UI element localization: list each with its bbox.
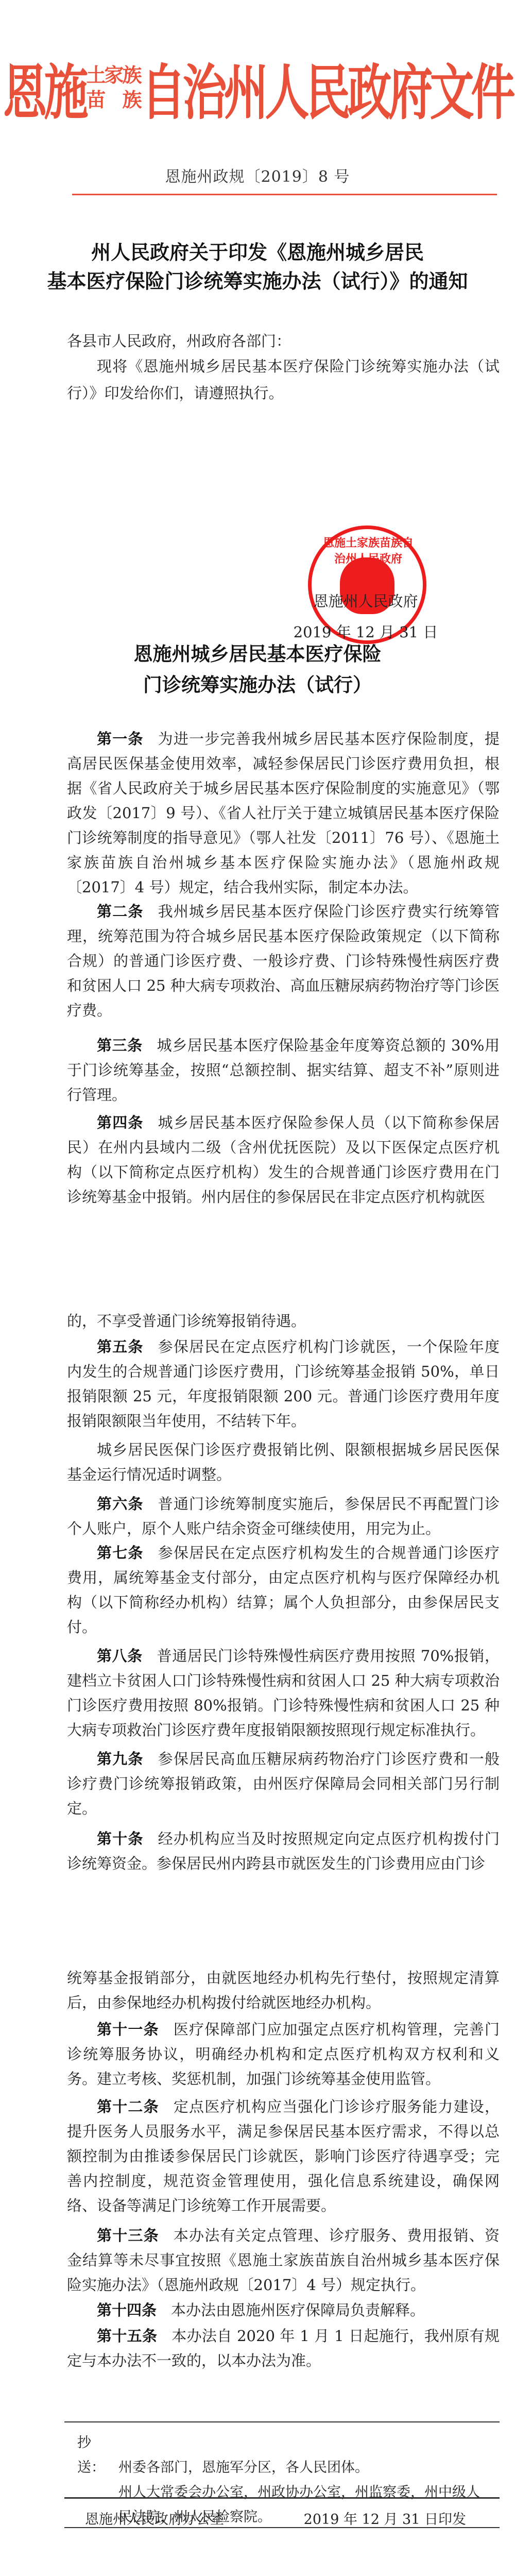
article-label: 第四条 [97, 1114, 144, 1131]
article-label: 第十三条 [97, 2227, 159, 2244]
article-10: 第十条经办机构应当及时按照规定向定点医疗机构拨付门诊统筹资金。参保居民州内跨县市… [67, 1826, 500, 1876]
cc-bottom-rule [64, 2497, 500, 2499]
article-label: 第十五条 [97, 2327, 157, 2345]
article-2: 第二条我州城乡居民基本医疗保险门诊医疗费实行统筹管理，统筹范围为符合城乡居民基本… [67, 899, 500, 1023]
article-label: 第五条 [97, 1338, 144, 1355]
banner-ethnic-stack: 土家族苗 族 [86, 63, 140, 112]
article-label: 第三条 [97, 1037, 143, 1054]
article-10-continued: 统筹基金报销部分，由就医地经办机构先行垫付，按照规定清算后，由参保地经办机构拨付… [67, 1965, 500, 2015]
article-label: 第二条 [97, 903, 144, 920]
cc-label: 抄送： [77, 2431, 118, 2480]
article-8: 第八条普通居民门诊特殊慢性病医疗费用按照 70%报销，建档立卡贫困人口门诊特殊慢… [67, 1643, 500, 1742]
article-label: 第十二条 [97, 2098, 159, 2115]
article-14: 第十四条本办法由恩施州医疗保障局负责解释。 [67, 2298, 500, 2323]
measures-title: 恩施州城乡居民基本医疗保险 门诊统筹实施办法（试行） [0, 639, 515, 701]
notice-title-line2: 基本医疗保险门诊统筹实施办法（试行）》的通知 [0, 267, 515, 296]
article-label: 第十一条 [97, 2021, 159, 2038]
article-label: 第七条 [97, 1544, 144, 1562]
notice-title: 州人民政府关于印发《恩施州城乡居民 基本医疗保险门诊统筹实施办法（试行）》的通知 [0, 238, 515, 296]
article-11: 第十一条医疗保障部门应加强定点医疗机构管理，完善门诊统筹服务协议，明确经办机构和… [67, 2017, 500, 2091]
article-4-continued: 的，不享受普通门诊统筹报销待遇。 [67, 1309, 500, 1333]
cc-line1: 州委各部门，恩施军分区，各人民团体。 [118, 2460, 369, 2476]
signatory: 恩施州人民政府 [288, 590, 443, 611]
banner-right: 自治州人民政府文件 [142, 44, 512, 130]
document-number: 恩施州政规〔2019〕8 号 [0, 164, 515, 187]
article-text: 为进一步完善我州城乡居民基本医疗保险制度，提高居民医保基金使用效率，减轻参保居民… [67, 730, 500, 896]
notice-title-line1: 州人民政府关于印发《恩施州城乡居民 [0, 238, 515, 267]
issuer: 恩施州人民政府办公室 [85, 2512, 224, 2528]
banner-left: 恩施 [3, 44, 85, 130]
article-9: 第九条参保居民高血压糖尿病药物治疗门诊医疗费和一般诊疗费门诊统筹报销政策，由州医… [67, 1747, 500, 1821]
article-label: 第九条 [97, 1750, 144, 1768]
footer-bottom-rule [64, 2527, 500, 2528]
issue-date: 2019 年 12 月 31 日印发 [304, 2508, 466, 2528]
article-label: 第一条 [97, 730, 144, 748]
issue-line: 恩施州人民政府办公室 2019 年 12 月 31 日印发 [85, 2508, 466, 2528]
article-13: 第十三条本办法有关定点管理、诊疗服务、费用报销、资金结算等未尽事宜按照《恩施土家… [67, 2223, 500, 2297]
notice-body: 现将《恩施州城乡居民基本医疗保险门诊统筹实施办法（试行）》印发给你们，请遵照执行… [67, 353, 500, 406]
article-label: 第六条 [97, 1495, 144, 1513]
red-divider [72, 194, 497, 195]
banner-stack-bottom: 苗 族 [86, 88, 140, 112]
measures-title-line1: 恩施州城乡居民基本医疗保险 [0, 639, 515, 670]
article-6: 第六条普通门诊统筹制度实施后，参保居民不再配置门诊个人账户，原个人账户结余资金可… [67, 1492, 500, 1541]
article-3: 第三条城乡居民基本医疗保险基金年度筹资总额的 30%用于门诊统筹基金，按照“总额… [67, 1033, 500, 1107]
article-5-supplement: 城乡居民医保门诊医疗费报销比例、限额根据城乡居民医保基金运行情况适时调整。 [67, 1437, 500, 1487]
article-15: 第十五条本办法自 2020 年 1 月 1 日起施行，我州原有规定与本办法不一致… [67, 2324, 500, 2373]
addressee: 各县市人民政府，州政府各部门： [67, 330, 291, 351]
article-label: 第十四条 [97, 2301, 157, 2319]
article-4: 第四条城乡居民基本医疗保险参保人员（以下简称参保居民）在州内县域内二级（含州优抚… [67, 1110, 500, 1209]
measures-title-line2: 门诊统筹实施办法（试行） [0, 670, 515, 701]
article-text: 本办法由恩施州医疗保障局负责解释。 [171, 2301, 425, 2319]
document-banner: 恩施土家族苗 族自治州人民政府文件 [0, 56, 515, 117]
article-7: 第七条参保居民在定点医疗机构发生的合规普通门诊医疗费用，属统筹基金支付部分，由定… [67, 1540, 500, 1639]
cc-top-rule [64, 2421, 500, 2422]
article-label: 第十条 [97, 1830, 144, 1848]
article-1: 第一条为进一步完善我州城乡居民基本医疗保险制度，提高居民医保基金使用效率，减轻参… [67, 726, 500, 900]
article-label: 第八条 [97, 1647, 143, 1665]
banner-stack-top: 土家族 [86, 63, 140, 88]
article-5: 第五条参保居民在定点医疗机构门诊就医，一个保险年度内发生的合规普通门诊医疗费用，… [67, 1334, 500, 1433]
article-12: 第十二条定点医疗机构应当强化门诊诊疗服务能力建设，提升医务人员服务水平，满足参保… [67, 2094, 500, 2218]
